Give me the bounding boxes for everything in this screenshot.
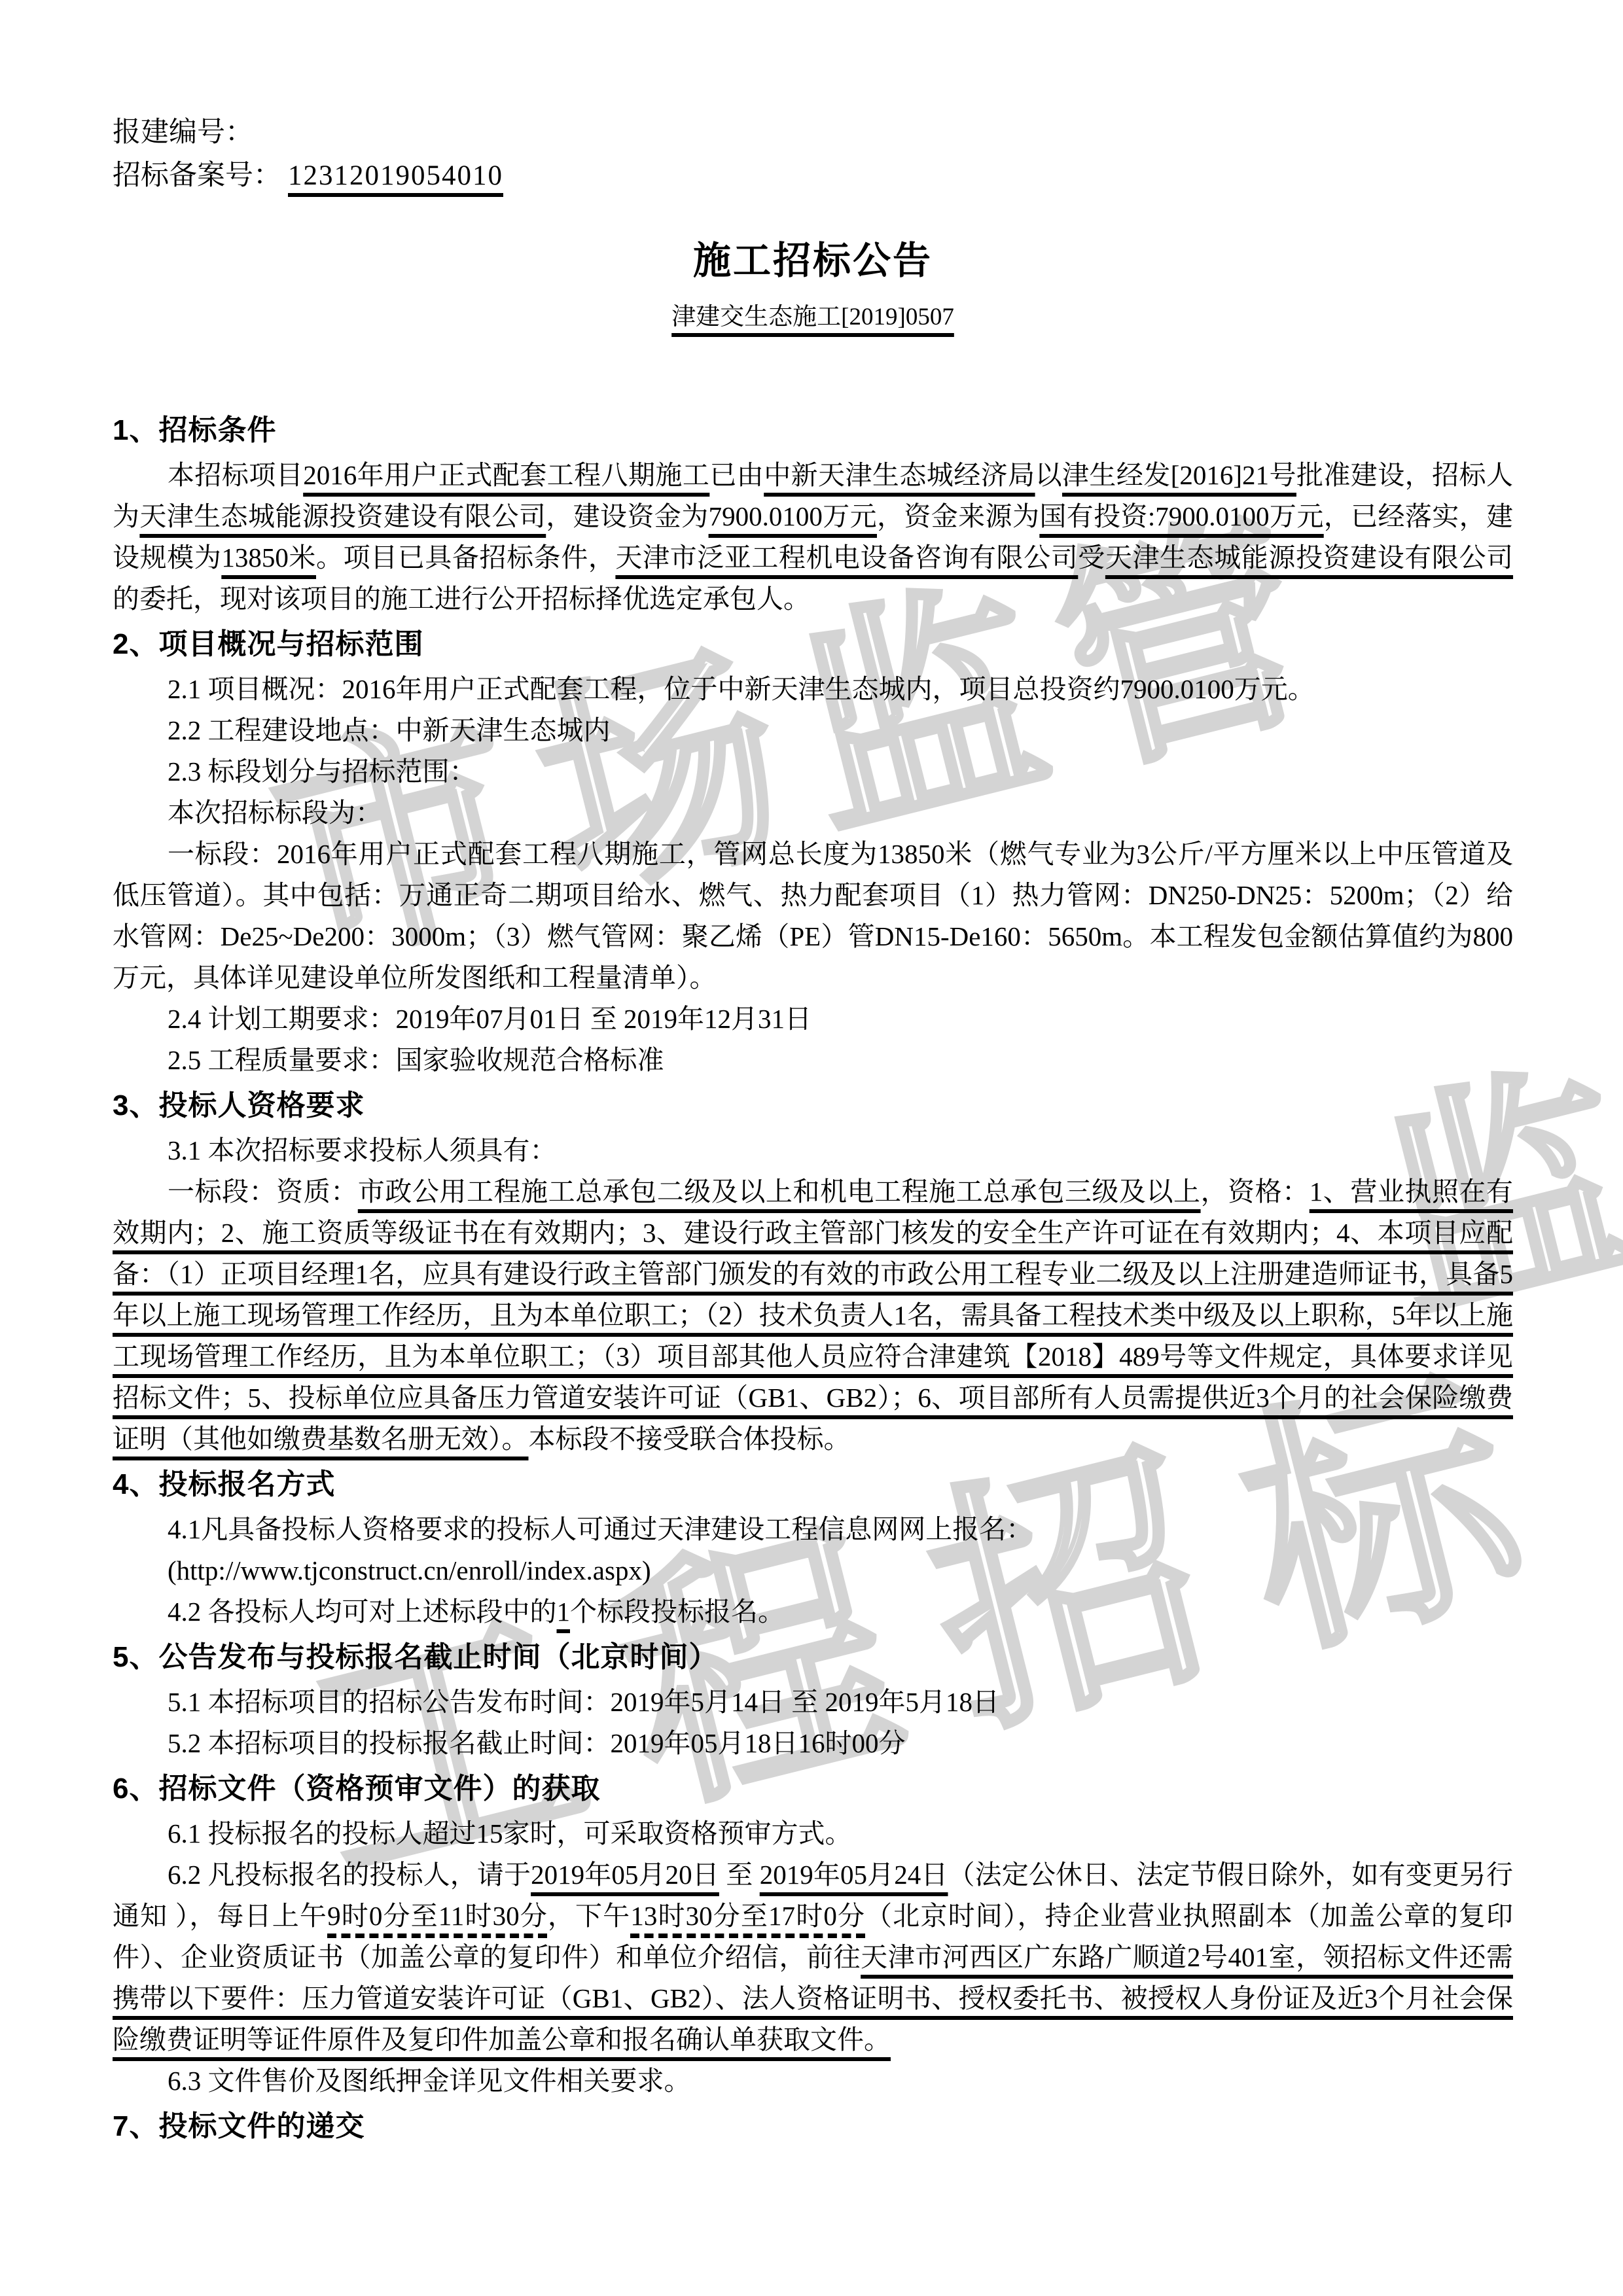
text: 一标段：资质：	[168, 1176, 358, 1207]
paragraph: (http://www.tjconstruct.cn/enroll/index.…	[113, 1550, 1513, 1591]
section-heading-4: 4、投标报名方式	[113, 1464, 1513, 1505]
text: 本次招标标段为：	[168, 798, 382, 828]
text: 4.1凡具备投标人资格要求的投标人可通过天津建设工程信息网网上报名：	[168, 1514, 1033, 1544]
text: 的委托，现对该项目的施工进行公开招标择优选定承包人。	[113, 584, 810, 614]
paragraph: 4.1凡具备投标人资格要求的投标人可通过天津建设工程信息网网上报名：	[113, 1509, 1513, 1550]
text: 2.1 项目概况：2016年用户正式配套工程，位于中新天津生态城内，项目总投资约…	[168, 674, 1315, 704]
text: ，建设资金为	[546, 501, 708, 531]
paragraph: 本次招标标段为：	[113, 792, 1513, 834]
underlined-text: 7900.0100万元	[709, 501, 877, 531]
underlined-text: 国有投资:7900.0100万元	[1039, 501, 1323, 531]
underlined-text: 津生经发[2016]21号	[1062, 460, 1296, 490]
text: ，资格：	[1201, 1176, 1310, 1207]
underlined-text: 天津生态城能源投资建设有限公司	[1105, 542, 1513, 573]
text: 一标段：2016年用户正式配套工程八期施工，管网总长度为13850米（燃气专业为…	[113, 839, 1513, 993]
paragraph: 6.3 文件售价及图纸押金详见文件相关要求。	[113, 2060, 1513, 2102]
text: 已由	[709, 460, 764, 490]
text: 受	[1078, 542, 1105, 573]
text: ，下午	[548, 1901, 630, 1931]
section-heading-5: 5、公告发布与投标报名截止时间（北京时间）	[113, 1636, 1513, 1678]
text: 6.3 文件售价及图纸押金详见文件相关要求。	[168, 2066, 691, 2096]
section-heading-7: 7、投标文件的递交	[113, 2106, 1513, 2147]
text: 个标段投标报名。	[570, 1597, 785, 1627]
section-heading-1: 1、招标条件	[113, 410, 1513, 451]
sections-container: 1、招标条件本招标项目2016年用户正式配套工程八期施工已由中新天津生态城经济局…	[113, 410, 1513, 2147]
underlined-text: 中新天津生态城经济局	[764, 460, 1035, 490]
section-heading-2: 2、项目概况与招标范围	[113, 624, 1513, 665]
text: 本标段不接受联合体投标。	[529, 1424, 851, 1454]
text: 6.2 凡投标报名的投标人，请于	[168, 1860, 531, 1890]
underlined-text: 天津生态城能源投资建设有限公司	[139, 501, 546, 531]
underlined-text: 2019年05月24日	[760, 1860, 948, 1890]
report-number-line: 报建编号：	[113, 111, 1513, 154]
paragraph: 5.2 本招标项目的投标报名截止时间：2019年05月18日16时00分	[113, 1723, 1513, 1764]
record-number-line: 招标备案号：12312019054010	[113, 154, 1513, 198]
underlined-text: 1、营业执照在有效期内；2、施工资质等级证书在有效期内；3、建设行政主管部门核发…	[113, 1176, 1513, 1454]
document-content: 报建编号： 招标备案号：12312019054010 施工招标公告 津建交生态施…	[0, 0, 1623, 2147]
paragraph: 2.1 项目概况：2016年用户正式配套工程，位于中新天津生态城内，项目总投资约…	[113, 669, 1513, 710]
document-number: 津建交生态施工[2019]0507	[113, 301, 1513, 334]
paragraph: 6.2 凡投标报名的投标人，请于2019年05月20日 至 2019年05月24…	[113, 1854, 1513, 2060]
text: 5.1 本招标项目的招标公告发布时间：2019年5月14日 至 2019年5月1…	[168, 1687, 999, 1717]
underlined-text: 市政公用工程施工总承包二级及以上和机电工程施工总承包三级及以上	[358, 1176, 1201, 1207]
section-heading-3: 3、投标人资格要求	[113, 1085, 1513, 1126]
text: 4.2 各投标人均可对上述标段中的	[168, 1597, 557, 1627]
paragraph: 本招标项目2016年用户正式配套工程八期施工已由中新天津生态城经济局以津生经发[…	[113, 455, 1513, 620]
page-title: 施工招标公告	[113, 238, 1513, 284]
underlined-text: 1	[557, 1597, 571, 1627]
paragraph: 4.2 各投标人均可对上述标段中的1个标段投标报名。	[113, 1591, 1513, 1633]
text: 2.5 工程质量要求：国家验收规范合格标准	[168, 1045, 664, 1075]
underlined-text: 13850米	[221, 542, 316, 573]
paragraph: 6.1 投标报名的投标人超过15家时，可采取资格预审方式。	[113, 1813, 1513, 1854]
paragraph: 2.5 工程质量要求：国家验收规范合格标准	[113, 1040, 1513, 1081]
underlined-text: 天津市泛亚工程机电设备咨询有限公司	[615, 542, 1078, 573]
text: ，资金来源为	[877, 501, 1039, 531]
text: 本招标项目	[168, 460, 303, 490]
paragraph: 一标段：2016年用户正式配套工程八期施工，管网总长度为13850米（燃气专业为…	[113, 834, 1513, 998]
underlined-text: 2019年05月20日	[531, 1860, 719, 1890]
underlined-text: 2016年用户正式配套工程八期施工	[303, 460, 709, 490]
paragraph: 3.1 本次招标要求投标人须具有：	[113, 1130, 1513, 1171]
report-number-label: 报建编号：	[113, 117, 253, 148]
text: 。项目已具备招标条件，	[316, 542, 615, 573]
text: 至	[719, 1860, 760, 1890]
section-heading-6: 6、招标文件（资格预审文件）的获取	[113, 1768, 1513, 1809]
text: 2.2 工程建设地点：中新天津生态城内	[168, 715, 611, 745]
underlined-text: 13时30分至17时0分	[630, 1901, 865, 1931]
tender-announcement-page: 市场监管工程招标监管 报建编号： 招标备案号：12312019054010 施工…	[0, 0, 1623, 2296]
paragraph: 5.1 本招标项目的招标公告发布时间：2019年5月14日 至 2019年5月1…	[113, 1682, 1513, 1723]
text: (http://www.tjconstruct.cn/enroll/index.…	[168, 1555, 651, 1585]
paragraph: 2.4 计划工期要求：2019年07月01日 至 2019年12月31日	[113, 998, 1513, 1040]
text: 2.3 标段划分与招标范围：	[168, 756, 476, 786]
text: 以	[1035, 460, 1062, 490]
underlined-text: 9时0分至11时30分	[327, 1901, 548, 1931]
document-number-text: 津建交生态施工[2019]0507	[671, 304, 954, 330]
text: 5.2 本招标项目的投标报名截止时间：2019年05月18日16时00分	[168, 1728, 906, 1758]
paragraph: 2.3 标段划分与招标范围：	[113, 751, 1513, 792]
record-number-label: 招标备案号：	[113, 160, 281, 191]
text: 3.1 本次招标要求投标人须具有：	[168, 1135, 557, 1165]
text: 2.4 计划工期要求：2019年07月01日 至 2019年12月31日	[168, 1004, 811, 1034]
text: 6.1 投标报名的投标人超过15家时，可采取资格预审方式。	[168, 1818, 852, 1848]
record-number-value: 12312019054010	[288, 160, 503, 191]
paragraph: 2.2 工程建设地点：中新天津生态城内	[113, 710, 1513, 751]
paragraph: 一标段：资质：市政公用工程施工总承包二级及以上和机电工程施工总承包三级及以上，资…	[113, 1171, 1513, 1460]
